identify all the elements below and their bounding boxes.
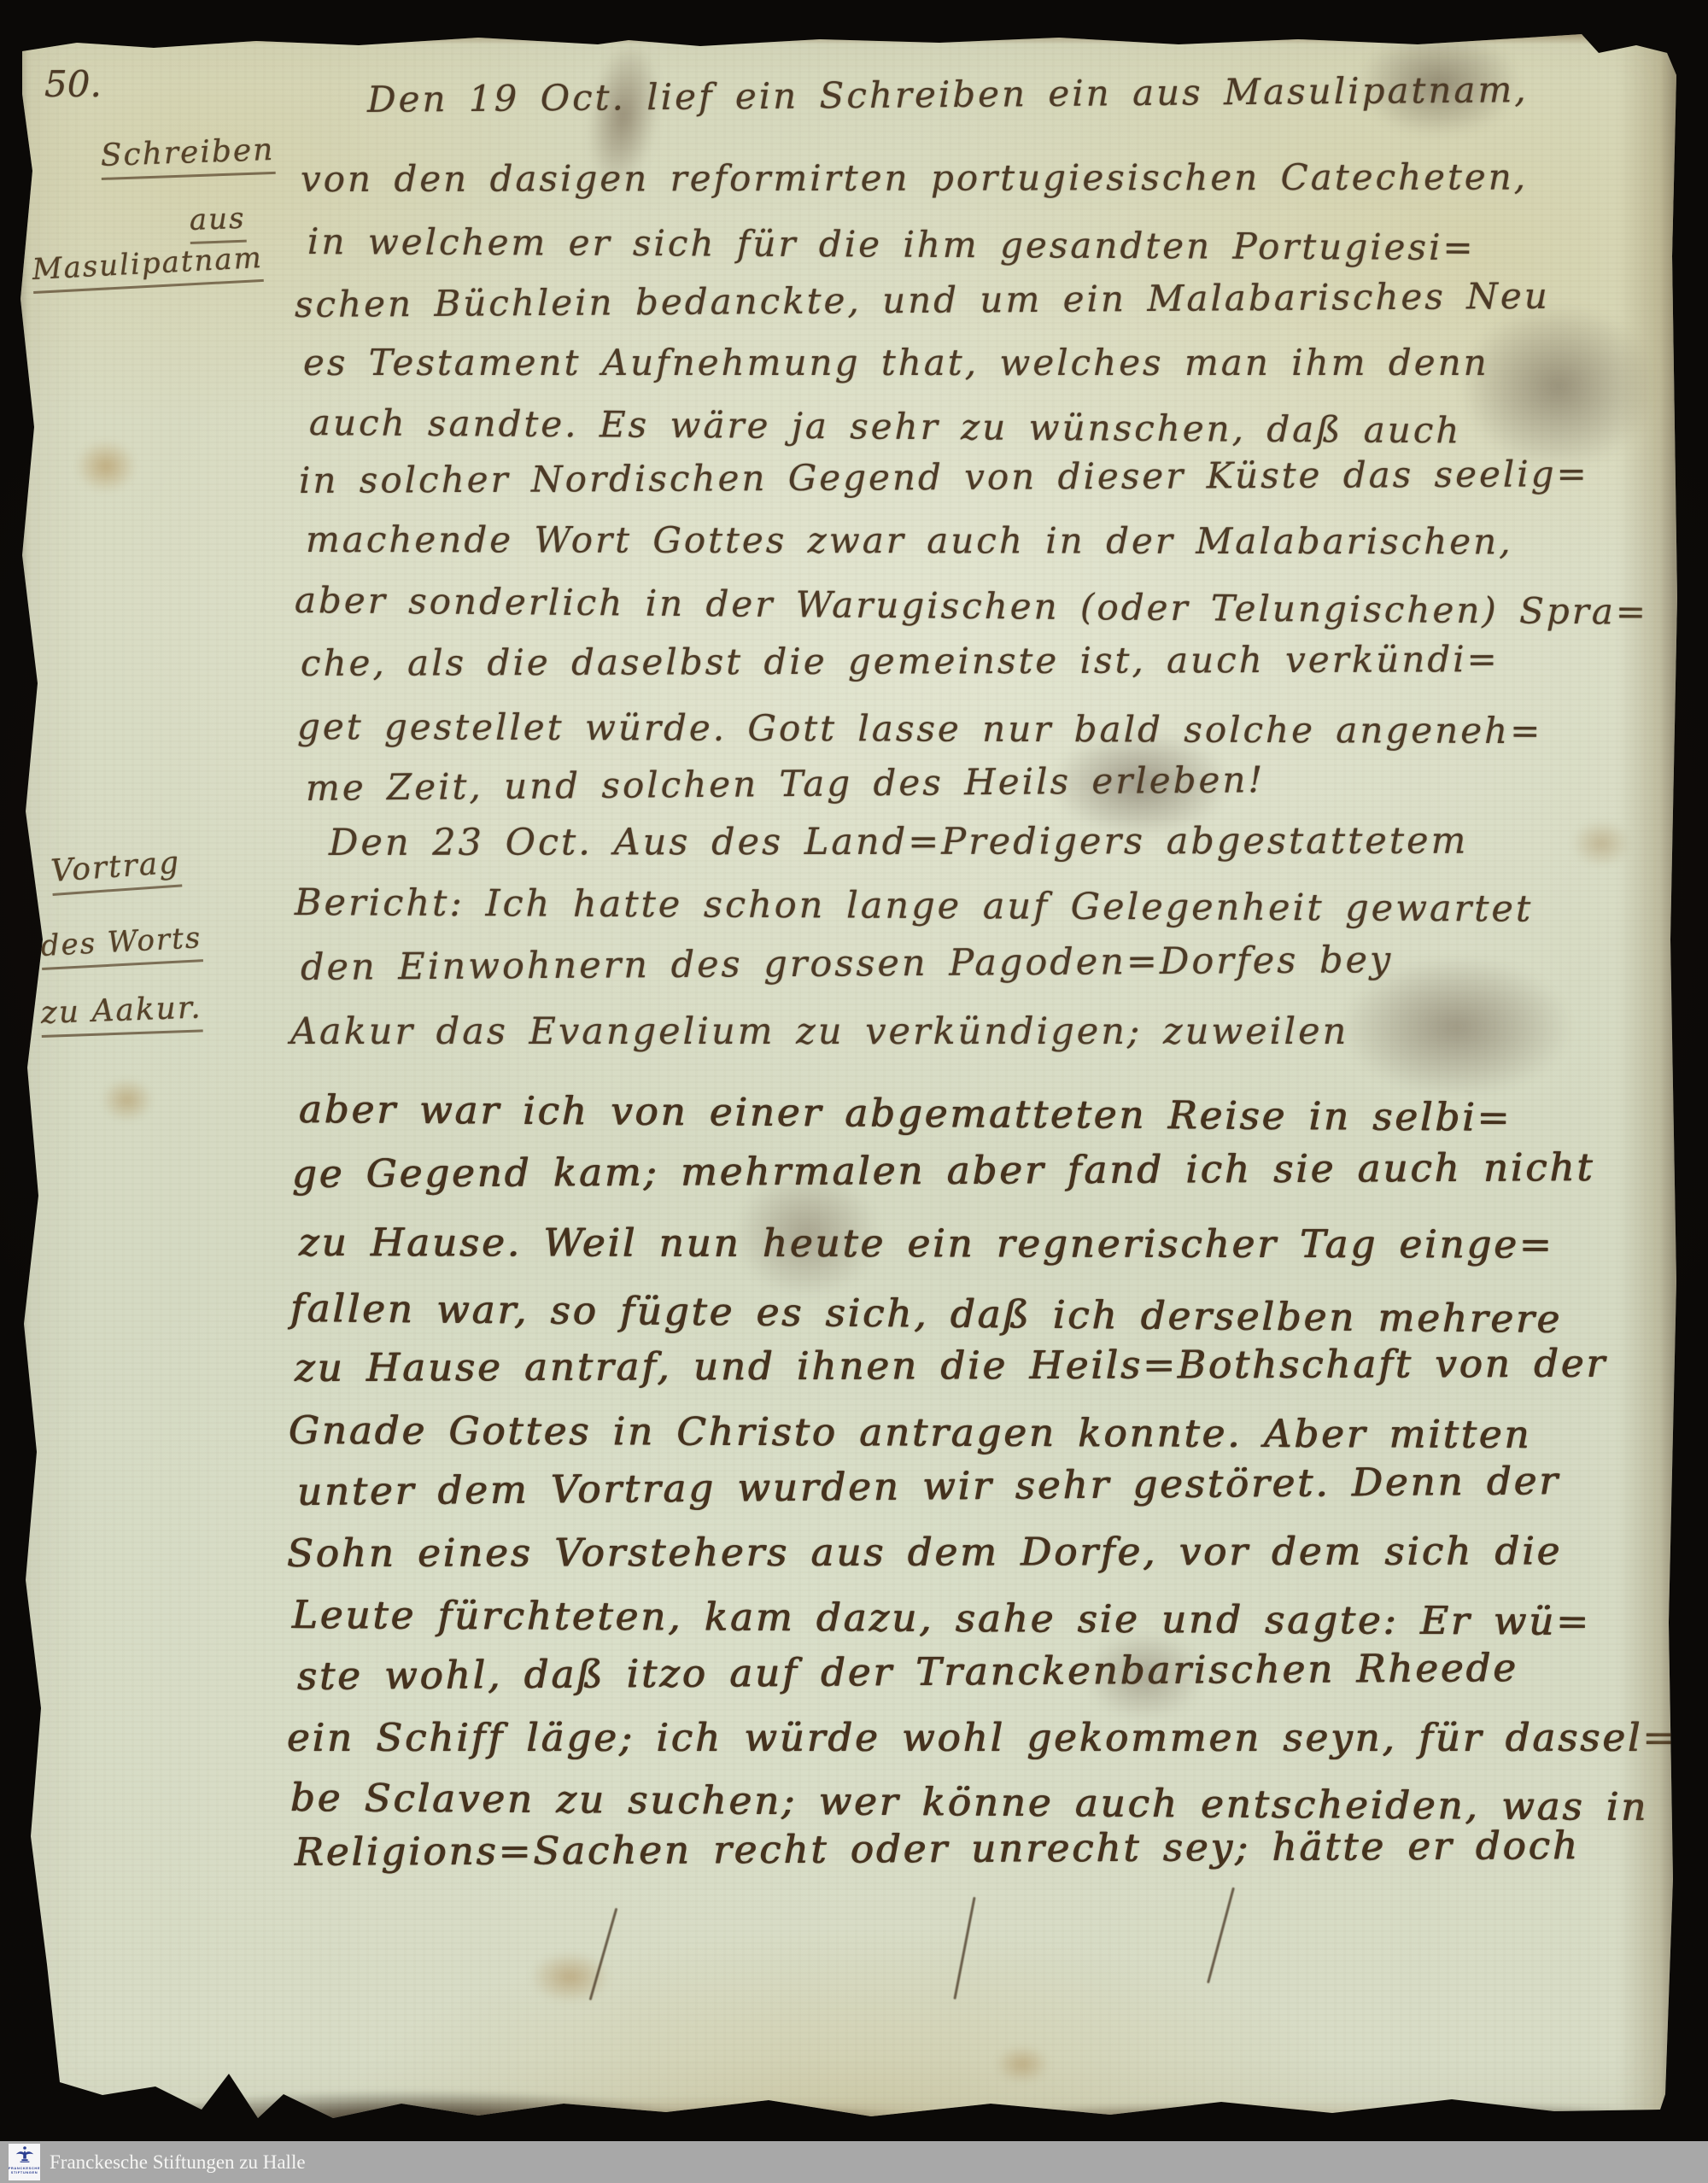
institution-logo: FRANCKESCHE STIFTUNGEN: [9, 2144, 40, 2180]
paper-sheet: 50. SchreibenausMasulipatnamVortragdes W…: [0, 0, 1708, 2141]
footer-bar: FRANCKESCHE STIFTUNGEN Franckesche Stift…: [0, 2141, 1708, 2183]
paper-vignette: [0, 0, 1708, 2141]
institution-name: Franckesche Stiftungen zu Halle: [50, 2141, 306, 2183]
scanned-manuscript-page: 50. SchreibenausMasulipatnamVortragdes W…: [0, 0, 1708, 2183]
logo-text-line2: STIFTUNGEN: [11, 2170, 38, 2174]
eagle-emblem-icon: [15, 2145, 34, 2166]
